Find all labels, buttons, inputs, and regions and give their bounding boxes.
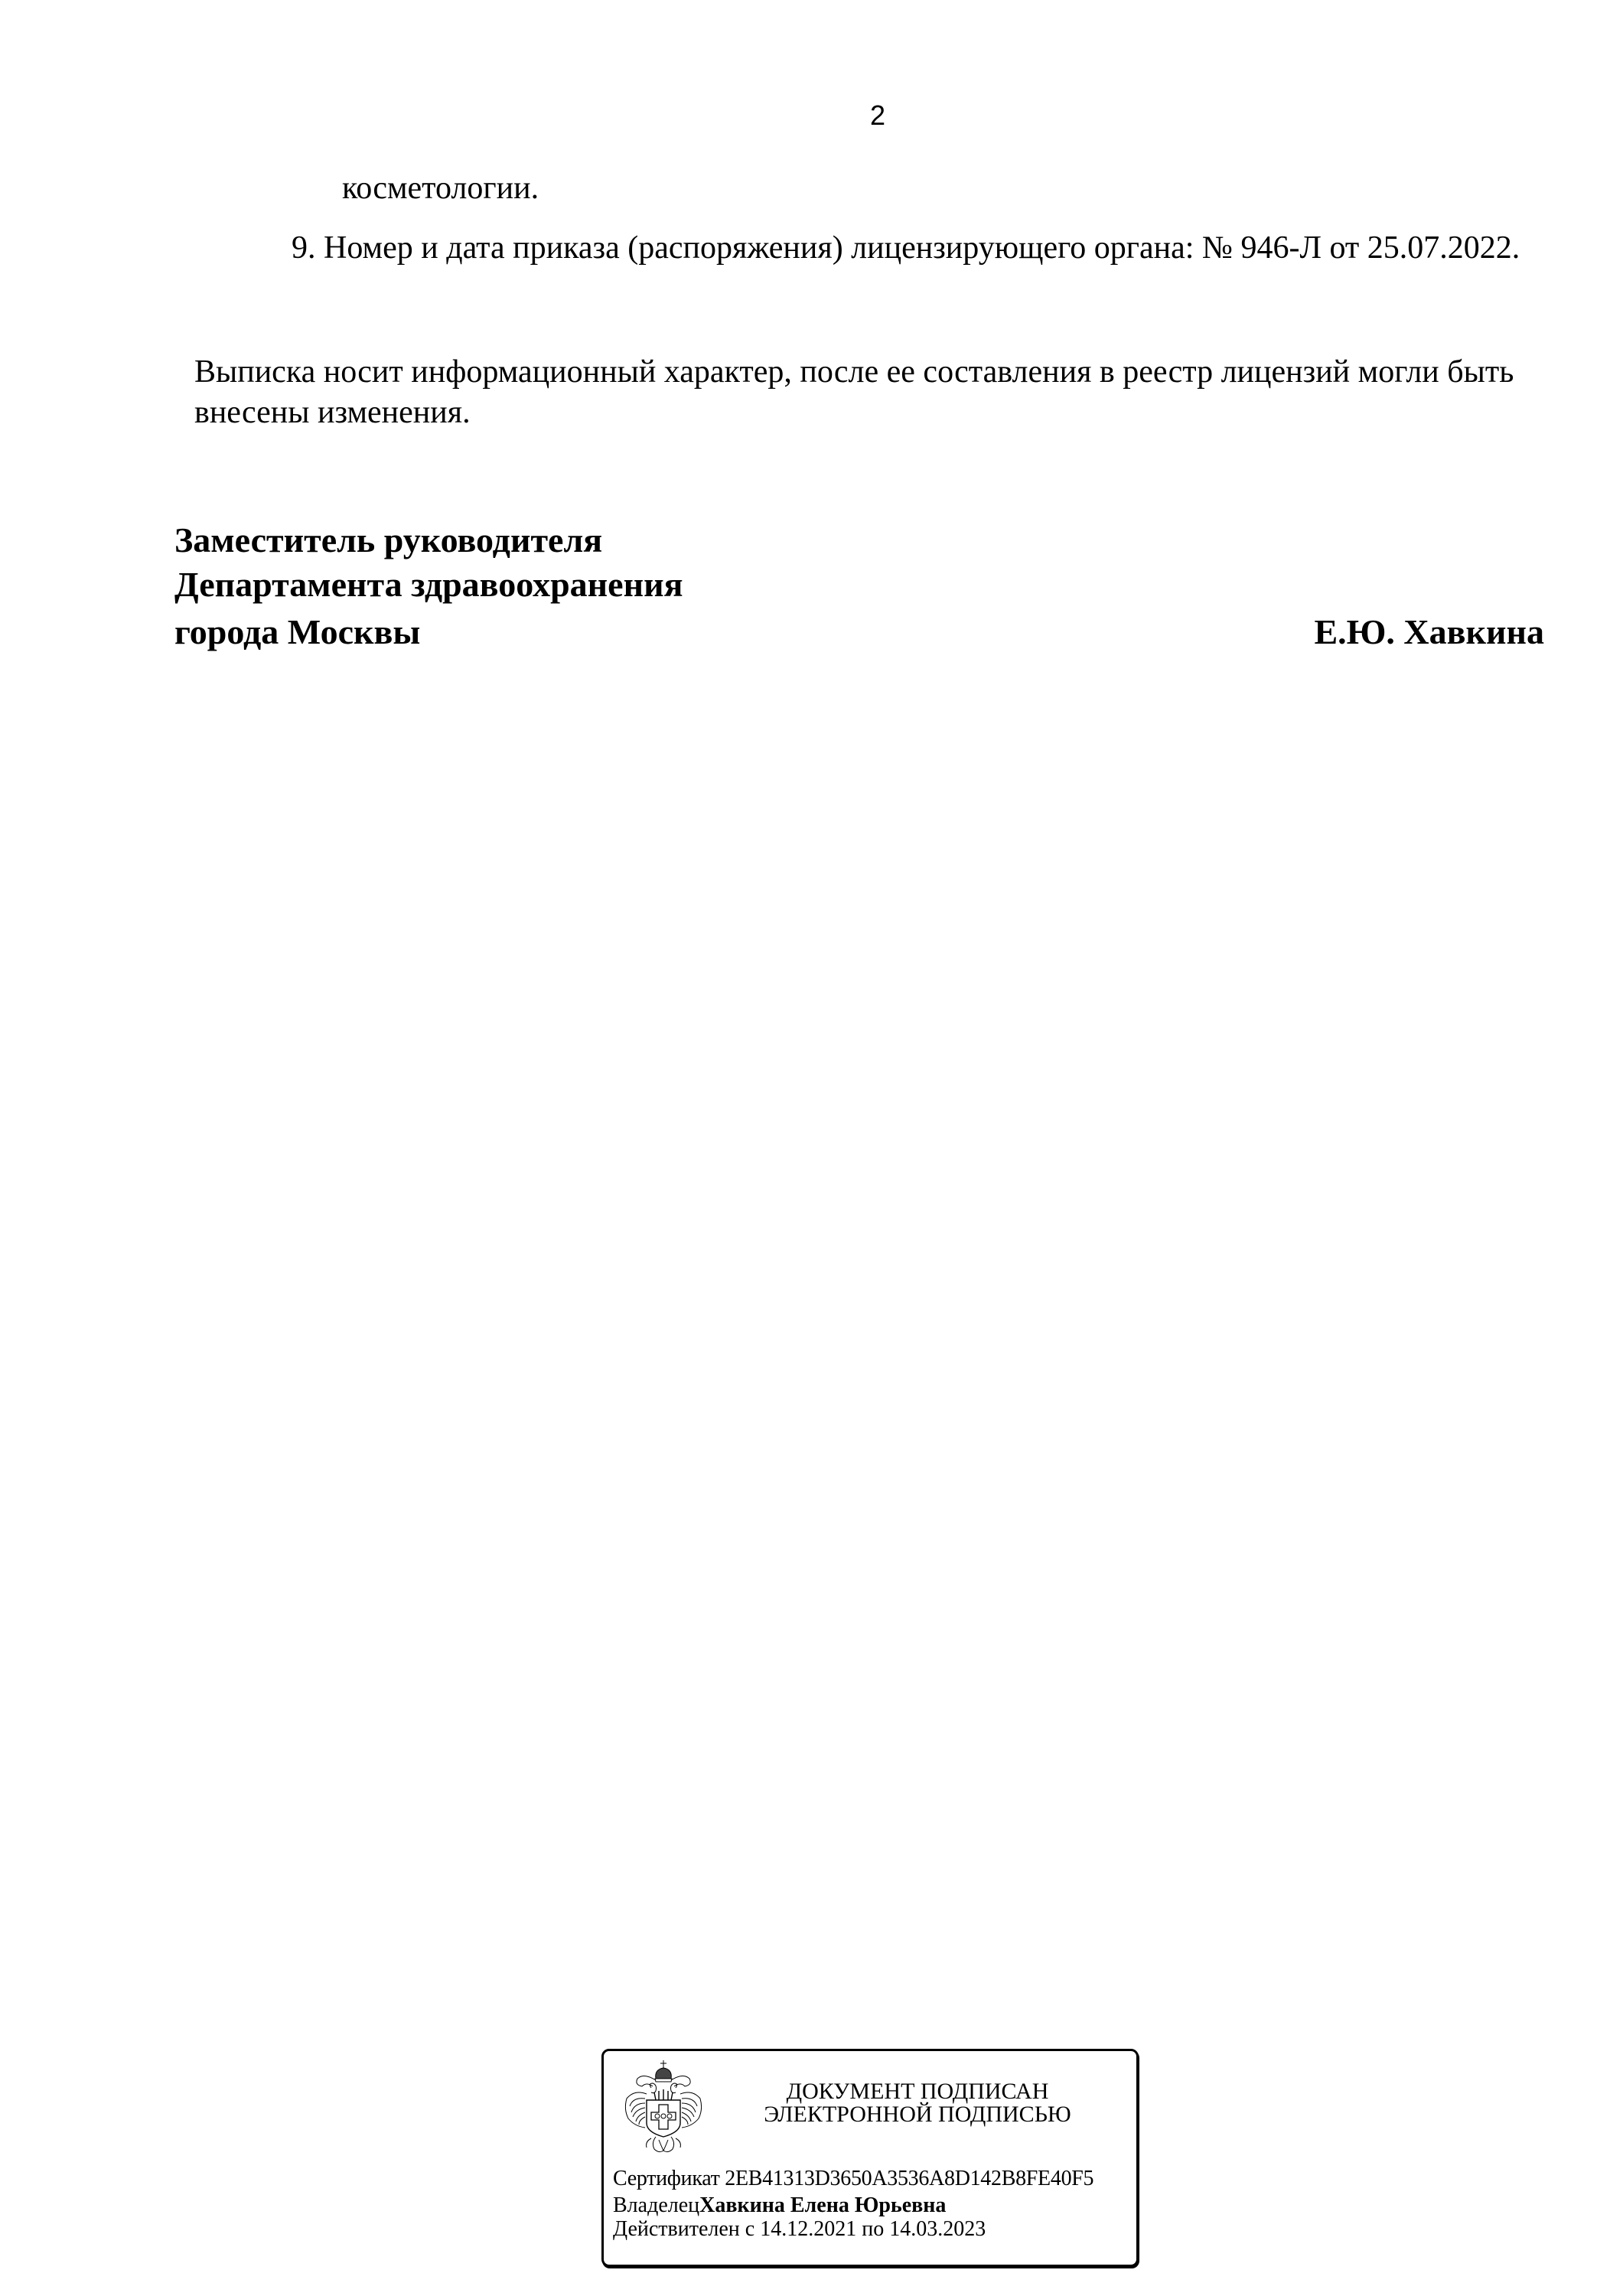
signer-position-line-1: Заместитель руководителя [174,523,602,558]
signer-position-line-2: Департамента здравоохранения [174,567,683,602]
document-page: 2 косметологии. 9. Номер и дата приказа … [0,0,1623,2296]
owner-label: Владелец [613,2193,699,2217]
valid-from-date: 14.12.2021 [760,2217,856,2241]
signer-position-line-3: города Москвы [174,615,420,650]
certificate-line: Сертификат 2EB41313D3650A3536A8D142B8FE4… [613,2168,1093,2190]
validity-to-label: по [862,2217,884,2241]
disclaimer-line-1: Выписка носит информационный характер, п… [194,356,1514,388]
order-number-item: 9. Номер и дата приказа (распоряжения) л… [292,232,1520,264]
coat-of-arms-emblem-icon [621,2059,706,2157]
owner-name: Хавкина Елена Юрьевна [699,2193,946,2217]
certificate-label: Сертификат [613,2167,720,2190]
electronic-signature-stamp: ДОКУМЕНТ ПОДПИСАН ЭЛЕКТРОННОЙ ПОДПИСЬЮ С… [601,2049,1139,2267]
owner-line: ВладелецХавкина Елена Юрьевна [613,2195,946,2216]
valid-to-date: 14.03.2023 [889,2217,986,2241]
signer-name: Е.Ю. Хавкина [1314,615,1544,650]
page-number: 2 [811,102,944,129]
stamp-title-line-2: ЭЛЕКТРОННОЙ ПОДПИСЬЮ [719,2103,1116,2126]
certificate-id: 2EB41313D3650A3536A8D142B8FE40F5 [725,2167,1093,2190]
stamp-title-line-1: ДОКУМЕНТ ПОДПИСАН [719,2080,1116,2103]
continuation-text: косметологии. [342,172,539,204]
validity-line: Действителен с 14.12.2021 по 14.03.2023 [613,2219,986,2240]
validity-label: Действителен с [613,2217,754,2241]
disclaimer-line-2: внесены изменения. [194,396,471,429]
